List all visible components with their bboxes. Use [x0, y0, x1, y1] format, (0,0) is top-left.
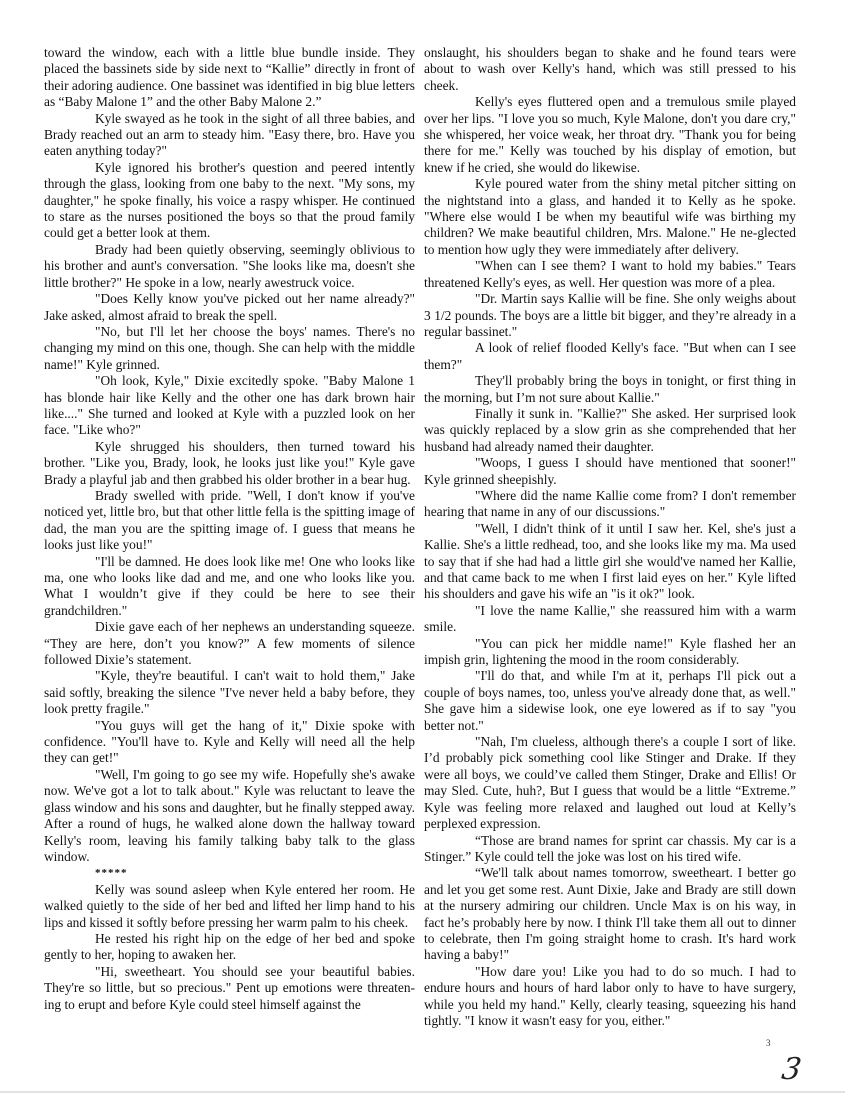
paragraph: "When can I see them? I want to hold my …	[424, 258, 796, 291]
paragraph: "You guys will get the hang of it," Dixi…	[44, 718, 415, 767]
paragraph: onslaught, his shoulders began to shake …	[424, 45, 796, 94]
paragraph: Kyle poured water from the shiny metal p…	[424, 176, 796, 258]
paragraph: Finally it sunk in. "Kallie?" She asked.…	[424, 406, 796, 455]
paragraph: "Well, I'm going to go see my wife. Hope…	[44, 767, 415, 865]
paragraph: Kyle swayed as he took in the sight of a…	[44, 111, 415, 160]
left-text-column: toward the window, each with a little bl…	[44, 45, 415, 1013]
paragraph: "I'll do that, and while I'm at it, perh…	[424, 668, 796, 734]
paragraph: Kyle shrugged his shoulders, then turned…	[44, 439, 415, 488]
paragraph: "Woops, I guess I should have mentioned …	[424, 455, 796, 488]
paragraph: "Oh look, Kyle," Dixie excitedly spoke. …	[44, 373, 415, 439]
paragraph: "Does Kelly know you've picked out her n…	[44, 291, 415, 324]
paragraph: "I love the name Kallie," she reassured …	[424, 603, 796, 636]
printed-page-mark: 3	[766, 1038, 771, 1048]
document-page: toward the window, each with a little bl…	[0, 0, 850, 1100]
paragraph: Kyle ignored his brother's question and …	[44, 160, 415, 242]
paragraph: "You can pick her middle name!" Kyle fla…	[424, 636, 796, 669]
right-text-column: onslaught, his shoulders began to shake …	[424, 45, 796, 1029]
paragraph: "Kyle, they're beautiful. I can't wait t…	[44, 668, 415, 717]
handwritten-page-number: 3	[780, 1052, 804, 1087]
paragraph: A look of relief flooded Kelly's face. "…	[424, 340, 796, 373]
paragraph: "Well, I didn't think of it until I saw …	[424, 521, 796, 603]
paragraph: “Those are brand names for sprint car ch…	[424, 833, 796, 866]
paragraph: "Where did the name Kallie come from? I …	[424, 488, 796, 521]
paragraph: "I'll be damned. He does look like me! O…	[44, 554, 415, 620]
paragraph: They'll probably bring the boys in tonig…	[424, 373, 796, 406]
paragraph: "Dr. Martin says Kallie will be fine. Sh…	[424, 291, 796, 340]
paragraph: Dixie gave each of her nephews an unders…	[44, 619, 415, 668]
paragraph: "How dare you! Like you had to do so muc…	[424, 964, 796, 1030]
paragraph: "No, but I'll let her choose the boys' n…	[44, 324, 415, 373]
paragraph: He rested his right hip on the edge of h…	[44, 931, 415, 964]
scan-bottom-edge	[0, 1091, 845, 1093]
paragraph: Brady swelled with pride. "Well, I don't…	[44, 488, 415, 554]
paragraph: toward the window, each with a little bl…	[44, 45, 415, 111]
paragraph: “We'll talk about names tomorrow, sweeth…	[424, 865, 796, 963]
paragraph: "Nah, I'm clueless, although there's a c…	[424, 734, 796, 832]
paragraph: "Hi, sweetheart. You should see your bea…	[44, 964, 415, 1013]
paragraph: Brady had been quietly observing, seemin…	[44, 242, 415, 291]
paragraph: Kelly's eyes fluttered open and a tremul…	[424, 94, 796, 176]
paragraph: Kelly was sound asleep when Kyle entered…	[44, 882, 415, 931]
scene-break: *****	[44, 865, 415, 881]
